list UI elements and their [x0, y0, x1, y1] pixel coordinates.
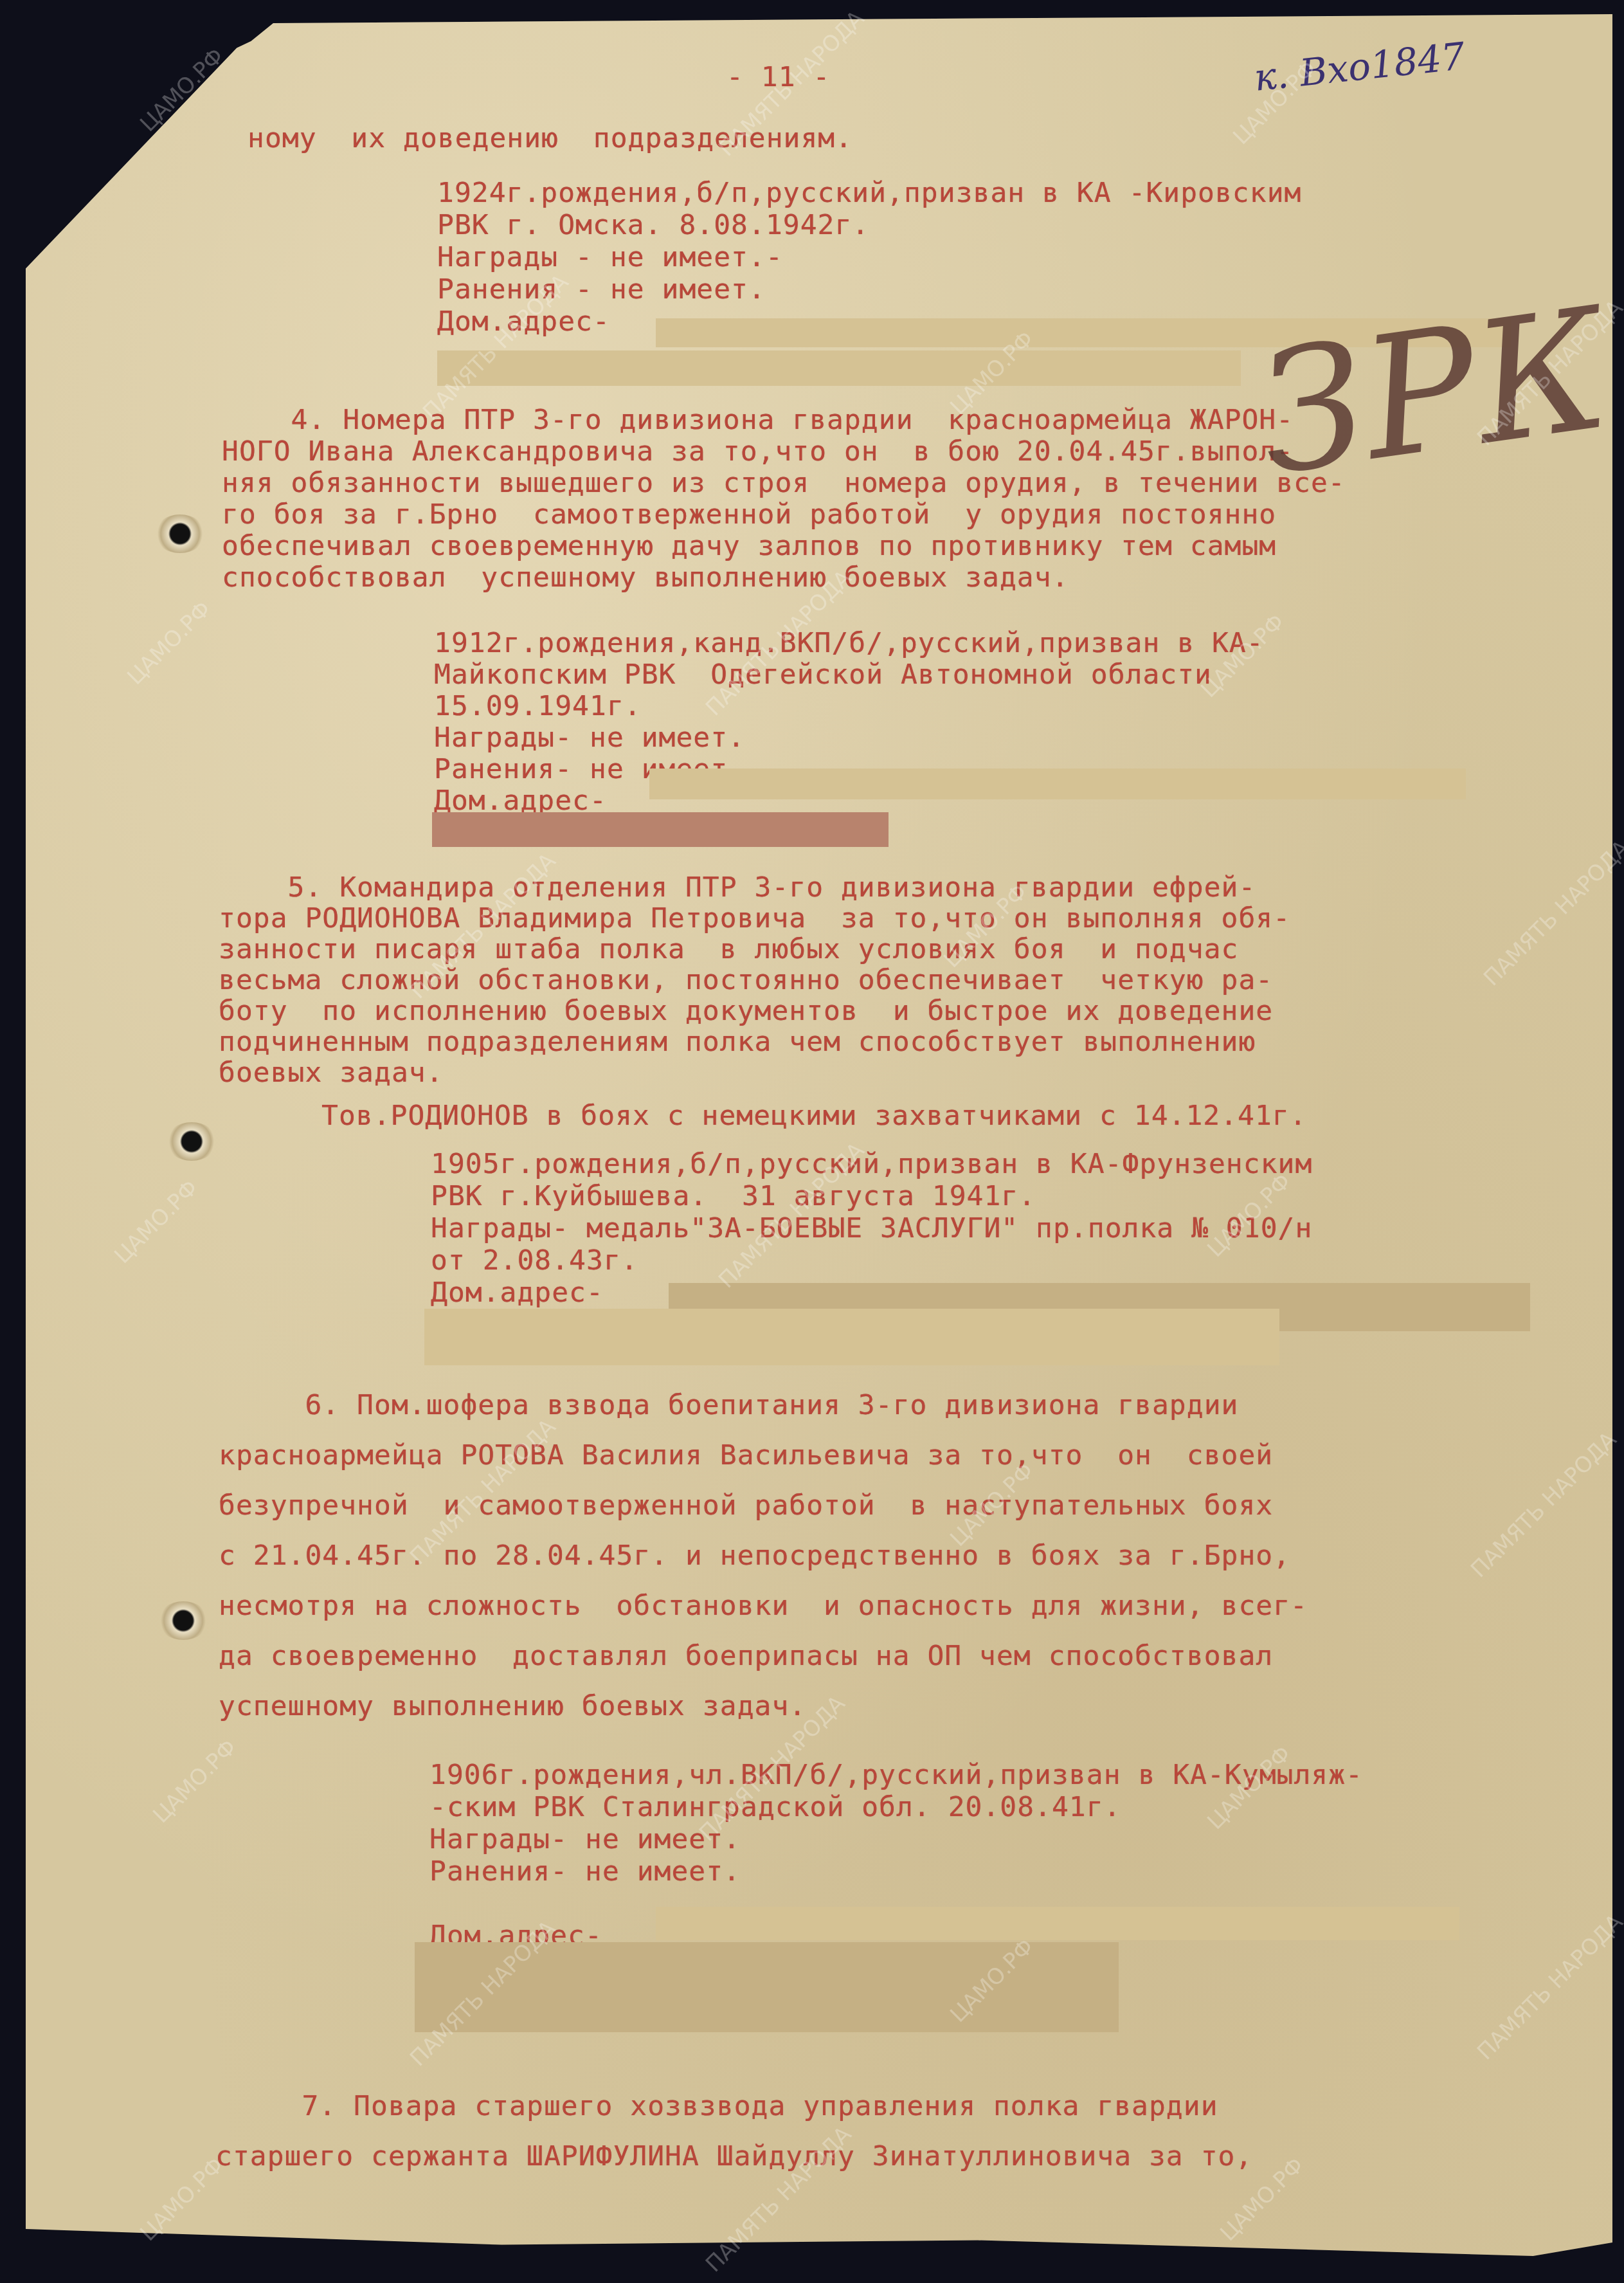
continuation-line: ному их доведению подразделениям.: [248, 122, 853, 154]
typed-line: 1912г.рождения,канд.ВКП/б/,русский,призв…: [434, 627, 1264, 659]
typed-line: 15.09.1941г.: [434, 690, 642, 722]
pencil-signature: ЗРК: [1250, 286, 1616, 499]
page-number: - 11 -: [726, 61, 830, 93]
typed-line: обеспечивал своевременную дачу залпов по…: [222, 530, 1276, 562]
typed-line: няя обязанности вышедшего из строя номер…: [222, 467, 1346, 499]
typed-line: Награды- не имеет.: [429, 1823, 741, 1855]
typed-line: красноармейца РОТОВА Василия Васильевича…: [219, 1439, 1273, 1471]
typed-line: 6. Пом.шофера взвода боепитания 3-го див…: [219, 1389, 1238, 1421]
typed-line: боевых задач.: [219, 1057, 444, 1089]
typed-line: тора РОДИОНОВА Владимира Петровича за то…: [219, 902, 1290, 934]
redacted-address: [649, 769, 1466, 799]
punch-hole: [154, 514, 206, 553]
punch-hole: [166, 1122, 217, 1161]
typed-line: 7. Повара старшего хозвзвода управления …: [215, 2090, 1218, 2122]
typed-line: боту по исполнению боевых документов и б…: [219, 995, 1273, 1027]
typed-line: 1924г.рождения,б/п,русский,призван в КА …: [437, 177, 1301, 209]
redacted-address: [656, 1907, 1459, 1940]
typed-line: от 2.08.43г.: [431, 1244, 638, 1277]
typed-line: Дом.адрес-: [431, 1277, 604, 1309]
typed-line: НОГО Ивана Александровича за то,что он в…: [222, 435, 1294, 468]
typed-line: 4. Номера ПТР 3-го дивизиона гвардии кра…: [222, 404, 1294, 436]
redacted-address: [432, 812, 889, 847]
redacted-address: [415, 1942, 1119, 2032]
typed-line: Награды - не имеет.-: [437, 241, 783, 273]
typed-line: 1905г.рождения,б/п,русский,призван в КА-…: [431, 1148, 1312, 1180]
typed-line: Награды- медаль"ЗА-БОЕВЫЕ ЗАСЛУГИ" пр.по…: [431, 1212, 1312, 1244]
typed-line: да своевременно доставлял боеприпасы на …: [219, 1640, 1273, 1672]
typed-line: 5. Командира отделения ПТР 3-го дивизион…: [219, 871, 1256, 904]
typed-line: Дом.адрес-: [437, 305, 610, 338]
typed-line: -ским РВК Сталинградской обл. 20.08.41г.: [429, 1791, 1121, 1823]
typed-line: го боя за г.Брно самоотверженной работой…: [222, 498, 1276, 531]
typed-line: Майкопским РВК Одегейской Автономной обл…: [434, 659, 1212, 691]
typed-line: Награды- не имеет.: [434, 722, 745, 754]
typed-line: несмотря на сложность обстановки и опасн…: [219, 1590, 1308, 1622]
redacted-address: [437, 350, 1241, 386]
typed-line: 1906г.рождения,чл.ВКП/б/,русский,призван…: [429, 1759, 1363, 1791]
typed-line: РВК г.Куйбышева. 31 августа 1941г.: [431, 1180, 1036, 1212]
typed-line: Ранения - не имеет.: [437, 273, 766, 305]
typed-line: безупречной и самоотверженной работой в …: [219, 1489, 1273, 1522]
redacted-address: [424, 1309, 1279, 1365]
typed-line: старшего сержанта ШАРИФУЛИНА Шайдуллу Зи…: [215, 2140, 1252, 2172]
typed-line: занности писаря штаба полка в любых усло…: [219, 933, 1238, 965]
typed-line: Ранения- не имеет.: [429, 1855, 741, 1887]
entry-5-note: Тов.РОДИОНОВ в боях с немецкими захватчи…: [321, 1100, 1307, 1132]
typed-line: весьма сложной обстановки, постоянно обе…: [219, 964, 1273, 996]
punch-hole: [158, 1601, 209, 1640]
typed-line: успешному выполнению боевых задач.: [219, 1690, 806, 1722]
typed-line: способствовал успешному выполнению боевы…: [222, 561, 1069, 594]
typed-line: подчиненным подразделениям полка чем спо…: [219, 1026, 1256, 1058]
typed-line: РВК г. Омска. 8.08.1942г.: [437, 209, 869, 241]
typed-line: с 21.04.45г. по 28.04.45г. и непосредств…: [219, 1540, 1290, 1572]
